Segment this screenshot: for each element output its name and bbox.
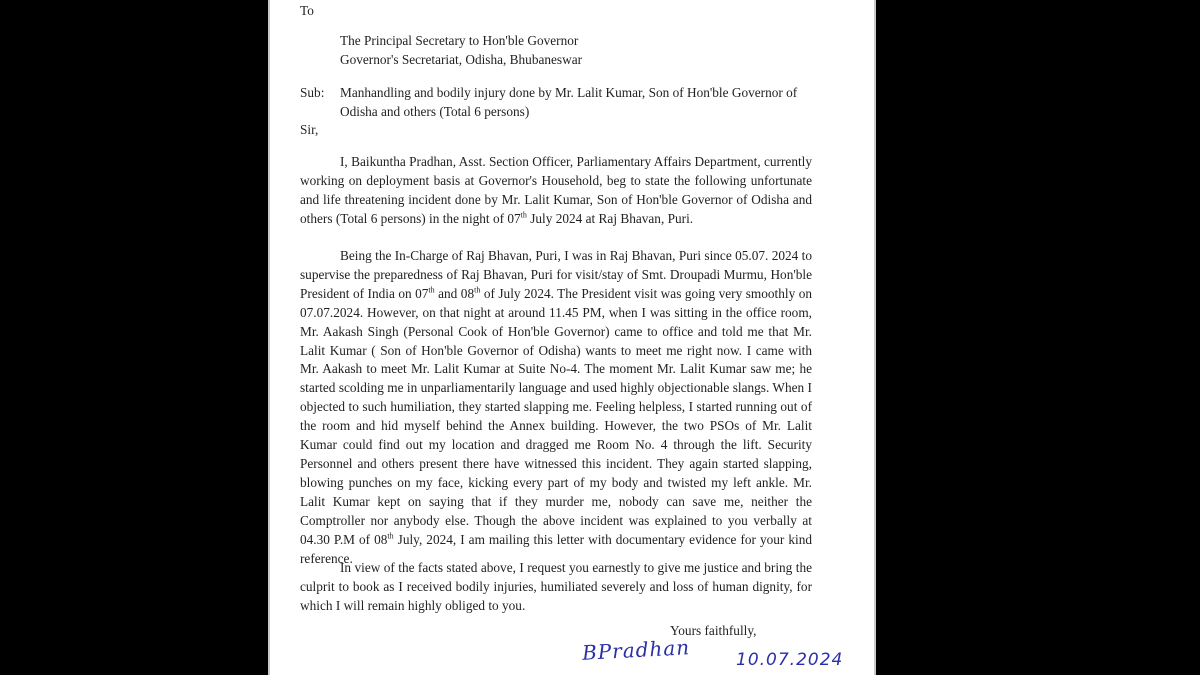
paragraph-text: and 08 xyxy=(435,286,474,301)
subject-label: Sub: xyxy=(300,83,324,102)
paragraph-text: of July 2024. The President visit was go… xyxy=(300,286,812,547)
signature-date: 10.07.2024 xyxy=(736,650,843,670)
page-left-edge xyxy=(268,0,270,675)
salutation: Sir, xyxy=(300,120,318,139)
to-label: To xyxy=(300,1,314,20)
handwritten-signature: BPradhan xyxy=(581,635,690,665)
body-paragraph-3: In view of the facts stated above, I req… xyxy=(300,559,812,616)
paragraph-text: July 2024 at Raj Bhavan, Puri. xyxy=(527,211,693,226)
paragraph-text: In view of the facts stated above, I req… xyxy=(300,560,812,613)
page-right-edge xyxy=(874,0,876,675)
letter-page: To The Principal Secretary to Hon'ble Go… xyxy=(268,0,876,675)
body-paragraph-1: I, Baikuntha Pradhan, Asst. Section Offi… xyxy=(300,153,812,229)
subject-text: Manhandling and bodily injury done by Mr… xyxy=(340,83,810,121)
body-paragraph-2: Being the In-Charge of Raj Bhavan, Puri,… xyxy=(300,247,812,568)
recipient-line-1: The Principal Secretary to Hon'ble Gover… xyxy=(340,31,578,50)
recipient-line-2: Governor's Secretariat, Odisha, Bhubanes… xyxy=(340,50,582,69)
